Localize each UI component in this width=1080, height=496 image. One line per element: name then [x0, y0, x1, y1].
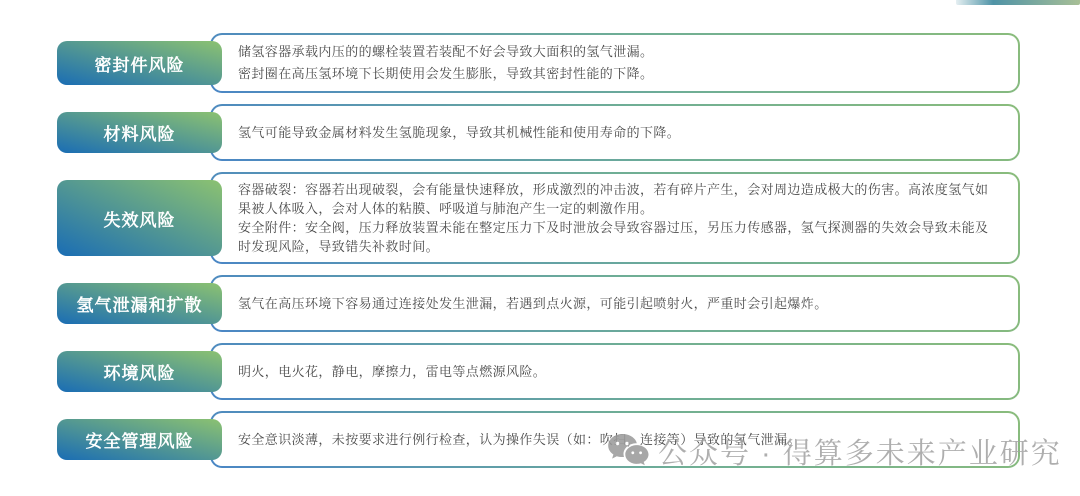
risk-label-safety-management: 安全管理风险: [57, 419, 222, 460]
risk-description: 明火，电火花，静电，摩擦力，雷电等点燃源风险。: [238, 361, 546, 383]
risk-description: 容器破裂：容器若出现破裂，会有能量快速释放，形成激烈的冲击波，若有碎片产生，会对…: [238, 180, 1000, 256]
watermark: 公众号 · 得算多未来产业研究: [606, 431, 1062, 472]
watermark-text: 公众号 · 得算多未来产业研究: [658, 431, 1062, 472]
risk-label-leak-diffusion: 氢气泄漏和扩散: [57, 283, 222, 324]
wechat-icon: [606, 432, 650, 472]
risk-row-environment: 环境风险 明火，电火花，静电，摩擦力，雷电等点燃源风险。: [57, 343, 1020, 400]
risk-row-seals: 密封件风险 储氢容器承载内压的的螺栓装置若装配不好会导致大面积的氢气泄漏。 密封…: [57, 33, 1020, 93]
risk-infographic: 密封件风险 储氢容器承载内压的的螺栓装置若装配不好会导致大面积的氢气泄漏。 密封…: [0, 0, 1080, 496]
risk-row-material: 材料风险 氢气可能导致金属材料发生氢脆现象，导致其机械性能和使用寿命的下降。: [57, 104, 1020, 161]
risk-label-material: 材料风险: [57, 112, 222, 153]
risk-label-environment: 环境风险: [57, 351, 222, 392]
risk-description: 氢气可能导致金属材料发生氢脆现象，导致其机械性能和使用寿命的下降。: [238, 122, 680, 144]
risk-content-box: 储氢容器承载内压的的螺栓装置若装配不好会导致大面积的氢气泄漏。 密封圈在高压氢环…: [210, 33, 1020, 93]
risk-row-leak-diffusion: 氢气泄漏和扩散 氢气在高压环境下容易通过连接处发生泄漏，若遇到点火源，可能引起喷…: [57, 275, 1020, 332]
risk-row-failure: 失效风险 容器破裂：容器若出现破裂，会有能量快速释放，形成激烈的冲击波，若有碎片…: [57, 172, 1020, 264]
risk-rows: 密封件风险 储氢容器承载内压的的螺栓装置若装配不好会导致大面积的氢气泄漏。 密封…: [57, 33, 1020, 479]
risk-description: 氢气在高压环境下容易通过连接处发生泄漏，若遇到点火源，可能引起喷射火，严重时会引…: [238, 293, 828, 315]
risk-content-box: 氢气在高压环境下容易通过连接处发生泄漏，若遇到点火源，可能引起喷射火，严重时会引…: [210, 275, 1020, 332]
risk-content-box: 容器破裂：容器若出现破裂，会有能量快速释放，形成激烈的冲击波，若有碎片产生，会对…: [210, 172, 1020, 264]
risk-label-failure: 失效风险: [57, 180, 222, 256]
top-right-gradient-bar: [956, 0, 1080, 5]
risk-content-box: 氢气可能导致金属材料发生氢脆现象，导致其机械性能和使用寿命的下降。: [210, 104, 1020, 161]
risk-description: 储氢容器承载内压的的螺栓装置若装配不好会导致大面积的氢气泄漏。 密封圈在高压氢环…: [238, 41, 653, 85]
risk-content-box: 明火，电火花，静电，摩擦力，雷电等点燃源风险。: [210, 343, 1020, 400]
risk-label-seals: 密封件风险: [57, 41, 222, 85]
